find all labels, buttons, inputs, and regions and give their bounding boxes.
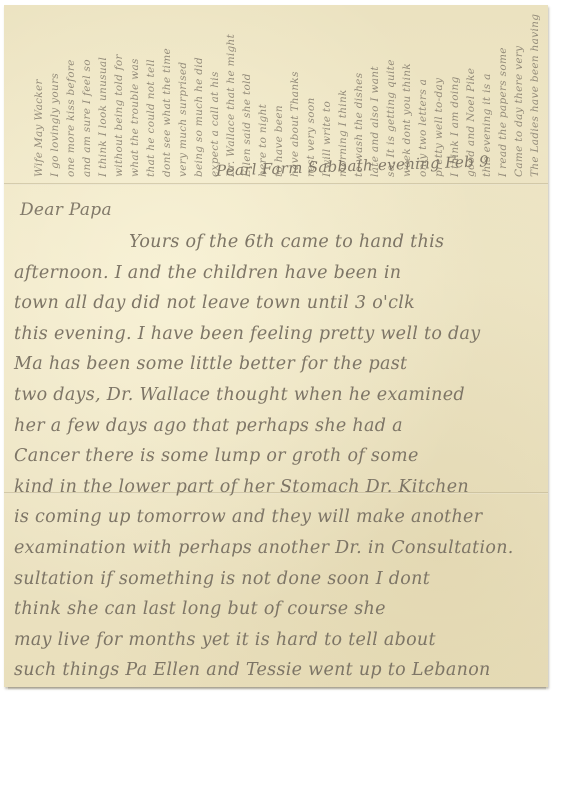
postscript-line: being so much he did bbox=[194, 7, 205, 177]
body-line: may live for months yet it is hard to te… bbox=[14, 625, 544, 656]
postscript-line: one more kiss before bbox=[66, 7, 77, 177]
postscript-line: I read the papers some bbox=[498, 7, 509, 177]
body-line: examination with perhaps another Dr. in … bbox=[14, 533, 544, 564]
postscript-line: so. It is getting quite bbox=[386, 7, 397, 177]
letter-page: The Ladies have been having Came to day … bbox=[4, 5, 548, 687]
postscript-line: only two letters a bbox=[418, 7, 429, 177]
postscript-line: Dr. Wallace that he might bbox=[226, 7, 237, 177]
postscript-line: here to night bbox=[258, 7, 269, 177]
body-line: think she can last long but of course sh… bbox=[14, 594, 544, 625]
postscript-line: have about Thanks bbox=[290, 7, 301, 177]
body-line: two days, Dr. Wallace thought when he ex… bbox=[14, 380, 544, 411]
letter-body: Yours of the 6th came to hand this after… bbox=[14, 227, 544, 687]
postscript-line: expect a call at his bbox=[210, 7, 221, 177]
postscript-line: very much surprised bbox=[178, 7, 189, 177]
postscript-line: and am sure I feel so bbox=[82, 7, 93, 177]
body-line: Ma has been some little better for the p… bbox=[14, 349, 544, 380]
body-line: sultation if something is not done soon … bbox=[14, 564, 544, 595]
postscript-line: The Ladies have been having bbox=[530, 7, 541, 177]
cross-written-postscript: The Ladies have been having Came to day … bbox=[12, 7, 542, 177]
postscript-line: that he could not tell bbox=[146, 7, 157, 177]
postscript-line: without being told for bbox=[114, 7, 125, 177]
body-line: her a few days ago that perhaps she had … bbox=[14, 411, 544, 442]
page-edge-shadow bbox=[8, 687, 546, 690]
postscript-line: morning I think bbox=[338, 7, 349, 177]
postscript-line: I think I am doing bbox=[450, 7, 461, 177]
letter-salutation: Dear Papa bbox=[20, 200, 112, 220]
body-line: Yours of the 6th came to hand this bbox=[14, 227, 544, 258]
postscript-line: Came to day there very bbox=[514, 7, 525, 177]
postscript-line: I think I look unusual bbox=[98, 7, 109, 177]
postscript-line: week dont you think bbox=[402, 7, 413, 177]
postscript-signature: Wife May Wacker bbox=[34, 7, 45, 177]
postscript-line: I go lovingly yours bbox=[50, 7, 61, 177]
postscript-line: good and Noel Pike bbox=[466, 7, 477, 177]
postscript-line: late and also I want bbox=[370, 7, 381, 177]
postscript-line: pretty well to-day bbox=[434, 7, 445, 177]
body-line: Cancer there is some lump or groth of so… bbox=[14, 441, 544, 472]
postscript-line: dont see what the time bbox=[162, 7, 173, 177]
body-line: such things Pa Ellen and Tessie went up … bbox=[14, 655, 544, 686]
postscript-line: I will write to bbox=[322, 7, 333, 177]
fold-crease-upper bbox=[4, 183, 548, 185]
postscript-line: what the trouble was bbox=[130, 7, 141, 177]
body-line: this evening. I have been feeling pretty… bbox=[14, 319, 544, 350]
body-line: town all day did not leave town until 3 … bbox=[14, 288, 544, 319]
postscript-line: Ellen said she told bbox=[242, 7, 253, 177]
postscript-line: rest very soon bbox=[306, 7, 317, 177]
postscript-line: to have been bbox=[274, 7, 285, 177]
body-line: is coming up tomorrow and they will make… bbox=[14, 502, 544, 533]
postscript-line: to wash the dishes bbox=[354, 7, 365, 177]
body-line: kind in the lower part of her Stomach Dr… bbox=[14, 472, 544, 503]
body-line: afternoon. I and the children have been … bbox=[14, 258, 544, 289]
scan-canvas: The Ladies have been having Came to day … bbox=[0, 0, 582, 800]
